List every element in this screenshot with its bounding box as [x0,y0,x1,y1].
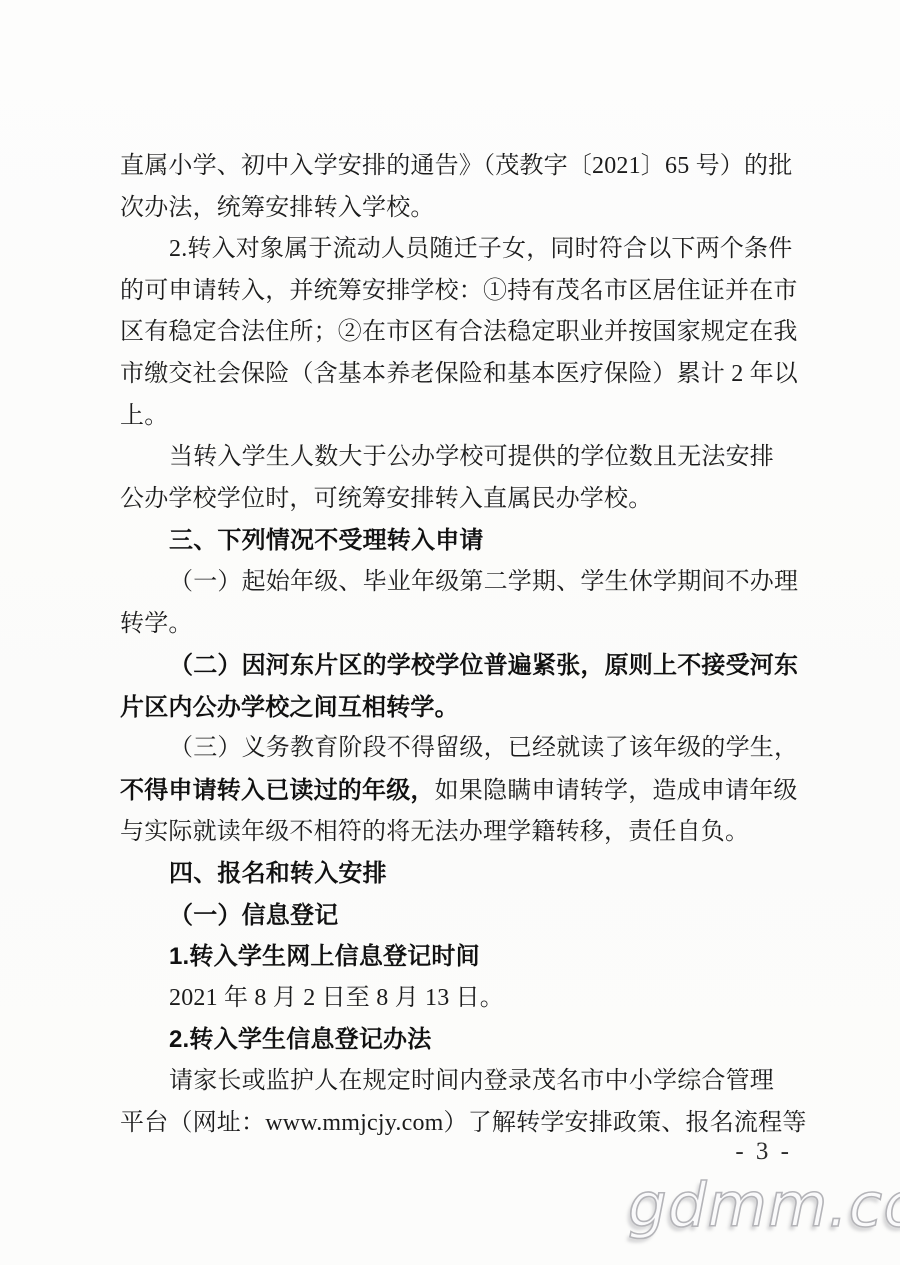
text-line: 平台（网址：www.mmjcjy.com）了解转学安排政策、报名流程等 [120,1103,796,1145]
text-line: 次办法，统筹安排转入学校。 [120,188,796,230]
text-line: 当转入学生人数大于公办学校可提供的学位数且无法安排 [120,437,796,479]
page-number: - 3 - [735,1138,792,1166]
text-line: 四、报名和转入安排 [120,853,796,895]
text-line: 2.转入对象属于流动人员随迁子女，同时符合以下两个条件 [120,229,796,271]
bold-text-run: 不得申请转入已读过的年级， [120,777,435,804]
text-run: 的可申请转入，并统筹安排学校：①持有茂名市区居住证并在市 [120,278,798,304]
text-run: 请家长或监护人在规定时间内登录茂名市中小学综合管理 [169,1068,774,1094]
text-run: 平台（网址：www.mmjcjy.com）了解转学安排政策、报名流程等 [120,1110,807,1136]
text-run: （三）义务教育阶段不得留级，已经就读了该年级的学生， [169,735,798,761]
text-run: 区有稳定合法住所；②在市区有合法稳定职业并按国家规定在我 [120,319,798,345]
text-line: （一）信息登记 [120,895,796,937]
text-line: （二）因河东片区的学校学位普遍紧张，原则上不接受河东 [120,645,796,687]
text-line: 三、下列情况不受理转入申请 [120,520,796,562]
text-line: 1.转入学生网上信息登记时间 [120,936,796,978]
document-body: 直属小学、初中入学安排的通告》（茂教字〔2021〕65 号）的批次办法，统筹安排… [120,146,796,1144]
text-line: 的可申请转入，并统筹安排学校：①持有茂名市区居住证并在市 [120,271,796,313]
text-line: 直属小学、初中入学安排的通告》（茂教字〔2021〕65 号）的批 [120,146,796,188]
text-run: 如果隐瞒申请转学，造成申请年级 [435,778,798,804]
text-run: 转学。 [120,611,193,637]
text-line: 市缴交社会保险（含基本养老保险和基本医疗保险）累计 2 年以 [120,354,796,396]
text-run: 上。 [120,403,168,429]
text-run: 2.转入对象属于流动人员随迁子女，同时符合以下两个条件 [169,236,792,262]
text-line: 转学。 [120,604,796,646]
text-line: 请家长或监护人在规定时间内登录茂名市中小学综合管理 [120,1061,796,1103]
text-run: 当转入学生人数大于公办学校可提供的学位数且无法安排 [169,444,774,470]
text-run: 2021 年 8 月 2 日至 8 月 13 日。 [169,985,504,1011]
text-run: （一）起始年级、毕业年级第二学期、学生休学期间不办理 [169,569,798,595]
text-run: 公办学校学位时，可统筹安排转入直属民办学校。 [120,486,652,512]
bold-text-run: 三、下列情况不受理转入申请 [169,527,484,554]
bold-text-run: 四、报名和转入安排 [169,860,387,887]
text-line: 与实际就读年级不相符的将无法办理学籍转移，责任自负。 [120,812,796,854]
text-line: 区有稳定合法住所；②在市区有合法稳定职业并按国家规定在我 [120,312,796,354]
document-page: 直属小学、初中入学安排的通告》（茂教字〔2021〕65 号）的批次办法，统筹安排… [0,0,900,1265]
text-line: 片区内公办学校之间互相转学。 [120,687,796,729]
text-run: 与实际就读年级不相符的将无法办理学籍转移，责任自负。 [120,819,749,845]
text-run: 直属小学、初中入学安排的通告》（茂教字〔2021〕65 号）的批 [120,153,792,179]
watermark: gdmm.com [628,1170,900,1241]
text-run: 市缴交社会保险（含基本养老保险和基本医疗保险）累计 2 年以 [120,361,798,387]
bold-text-run: 片区内公办学校之间互相转学。 [120,694,459,721]
bold-text-run: 1.转入学生网上信息登记时间 [169,943,480,970]
text-line: （三）义务教育阶段不得留级，已经就读了该年级的学生， [120,728,796,770]
text-run: 次办法，统筹安排转入学校。 [120,195,435,221]
text-line: 公办学校学位时，可统筹安排转入直属民办学校。 [120,479,796,521]
text-line: 不得申请转入已读过的年级，如果隐瞒申请转学，造成申请年级 [120,770,796,812]
text-line: 上。 [120,396,796,438]
text-line: （一）起始年级、毕业年级第二学期、学生休学期间不办理 [120,562,796,604]
text-line: 2.转入学生信息登记办法 [120,1019,796,1061]
text-line: 2021 年 8 月 2 日至 8 月 13 日。 [120,978,796,1020]
bold-text-run: （一）信息登记 [169,902,338,929]
bold-text-run: （二）因河东片区的学校学位普遍紧张，原则上不接受河东 [169,652,798,679]
bold-text-run: 2.转入学生信息登记办法 [169,1026,431,1053]
